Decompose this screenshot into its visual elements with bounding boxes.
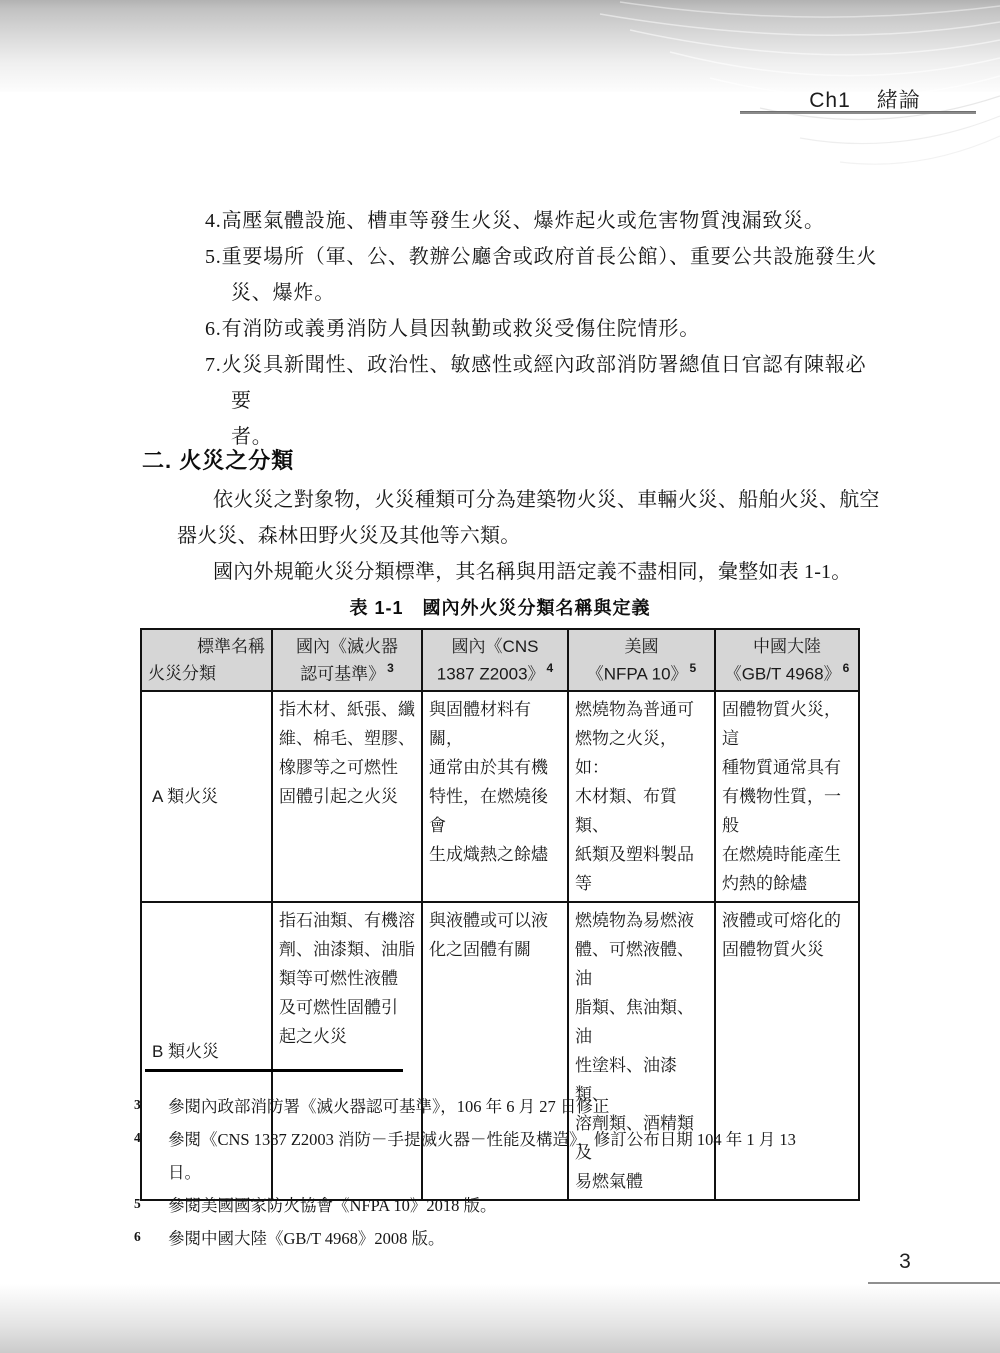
bottom-gradient-band (0, 1284, 1000, 1353)
column-header-text: 國內《滅火器 認可基準》 (296, 637, 398, 684)
footnote-ref: 4 (547, 661, 554, 675)
footnote-text: 參閱美國國家防火協會《NFPA 10》2018 版。 (168, 1189, 890, 1222)
list-item-text: 火災具新聞性、政治性、敏感性或經內政部消防署總值日官認有陳報必要 者。 (222, 354, 867, 448)
table-cell: 固體物質火災，這 種物質通常具有 有機物性質，一般 在燃燒時能產生 灼熱的餘燼 (715, 691, 859, 902)
footnote: 6 參閱中國大陸《GB/T 4968》2008 版。 (134, 1222, 890, 1255)
header-rule (740, 111, 976, 114)
paragraph: 國內外規範火災分類標準，其名稱與用語定義不盡相同，彙整如表 1-1。 (177, 554, 881, 590)
column-header-text: 國內《CNS 1387 Z2003》 (437, 637, 545, 684)
list-item: 5.重要場所（軍、公、教辦公廳舍或政府首長公館）、重要公共設施發生火 災、爆炸。 (205, 239, 883, 311)
page-number: 3 (870, 1250, 940, 1274)
table-cell: 燃燒物為普通可 燃物之火災，如： 木材類、布質類、 紙類及塑料製品 等 (568, 691, 715, 902)
list-item-number: 4. (205, 210, 222, 232)
footnote-number: 3 (134, 1090, 168, 1123)
column-header: 國內《滅火器 認可基準》3 (272, 629, 422, 691)
footnote-text: 參閱《CNS 1387 Z2003 消防－手提滅火器－性能及構造》，修訂公布日期… (168, 1123, 890, 1189)
numbered-list: 4.高壓氣體設施、槽車等發生火災、爆炸起火或危害物質洩漏致災。 5.重要場所（軍… (205, 203, 883, 455)
column-header-text: 美國 《NFPA 10》 (587, 637, 688, 684)
section-heading: 二. 火災之分類 (142, 444, 294, 475)
footnote-ref: 5 (690, 661, 697, 675)
footnote: 4 參閱《CNS 1387 Z2003 消防－手提滅火器－性能及構造》，修訂公布… (134, 1123, 890, 1189)
paragraph: 依火災之對象物，火災種類可分為建築物火災、車輛火災、船舶火災、航空 器火災、森林… (177, 482, 881, 554)
table-corner-cell: 標準名稱 火災分類 (141, 629, 272, 691)
column-header-text: 中國大陸 《GB/T 4968》 (725, 637, 841, 684)
footnote: 3 參閱內政部消防署《滅火器認可基準》，106 年 6 月 27 日修正 (134, 1090, 890, 1123)
footnote-number: 5 (134, 1189, 168, 1222)
running-header: Ch1緒論 (740, 84, 990, 114)
chapter-title: 緒論 (877, 89, 921, 112)
table-header-row: 標準名稱 火災分類 國內《滅火器 認可基準》3 國內《CNS 1387 Z200… (141, 629, 859, 691)
chapter-label: Ch1 (809, 89, 851, 112)
book-page: Ch1緒論 4.高壓氣體設施、槽車等發生火災、爆炸起火或危害物質洩漏致災。 5.… (0, 0, 1000, 1353)
column-header: 美國 《NFPA 10》5 (568, 629, 715, 691)
footnote-number: 6 (134, 1222, 168, 1255)
footnote-text: 參閱內政部消防署《滅火器認可基準》，106 年 6 月 27 日修正 (168, 1090, 890, 1123)
table-caption: 表 1-1 國內外火災分類名稱與定義 (0, 594, 1000, 620)
list-item: 4.高壓氣體設施、槽車等發生火災、爆炸起火或危害物質洩漏致災。 (205, 203, 883, 239)
list-item-text: 有消防或義勇消防人員因執勤或救災受傷住院情形。 (222, 318, 700, 340)
footnote-number: 4 (134, 1123, 168, 1189)
section-paragraphs: 依火災之對象物，火災種類可分為建築物火災、車輛火災、船舶火災、航空 器火災、森林… (177, 482, 881, 590)
corner-label-class: 火災分類 (148, 662, 216, 685)
footnote-ref: 3 (387, 661, 394, 675)
footnote: 5 參閱美國國家防火協會《NFPA 10》2018 版。 (134, 1189, 890, 1222)
top-gradient-band (0, 0, 1000, 92)
list-item-number: 6. (205, 318, 222, 340)
row-label: A 類火災 (141, 691, 272, 902)
list-item-number: 7. (205, 354, 222, 376)
list-item-text: 高壓氣體設施、槽車等發生火災、爆炸起火或危害物質洩漏致災。 (222, 210, 825, 232)
footnote-rule (145, 1069, 403, 1072)
list-item: 6.有消防或義勇消防人員因執勤或救災受傷住院情形。 (205, 311, 883, 347)
table-cell: 與固體材料有關， 通常由於其有機 特性，在燃燒後會 生成熾熱之餘燼 (422, 691, 568, 902)
table-cell: 指木材、紙張、纖 維、棉毛、塑膠、 橡膠等之可燃性 固體引起之火災 (272, 691, 422, 902)
footnotes: 3 參閱內政部消防署《滅火器認可基準》，106 年 6 月 27 日修正 4 參… (134, 1090, 890, 1255)
footnote-ref: 6 (843, 661, 850, 675)
table-row-class-a: A 類火災 指木材、紙張、纖 維、棉毛、塑膠、 橡膠等之可燃性 固體引起之火災 … (141, 691, 859, 902)
column-header: 中國大陸 《GB/T 4968》6 (715, 629, 859, 691)
list-item-number: 5. (205, 246, 222, 268)
corner-label-standard: 標準名稱 (197, 635, 265, 658)
footnote-text: 參閱中國大陸《GB/T 4968》2008 版。 (168, 1222, 890, 1255)
list-item-text: 重要場所（軍、公、教辦公廳舍或政府首長公館）、重要公共設施發生火 災、爆炸。 (222, 246, 878, 304)
list-item: 7.火災具新聞性、政治性、敏感性或經內政部消防署總值日官認有陳報必要 者。 (205, 347, 883, 455)
column-header: 國內《CNS 1387 Z2003》4 (422, 629, 568, 691)
